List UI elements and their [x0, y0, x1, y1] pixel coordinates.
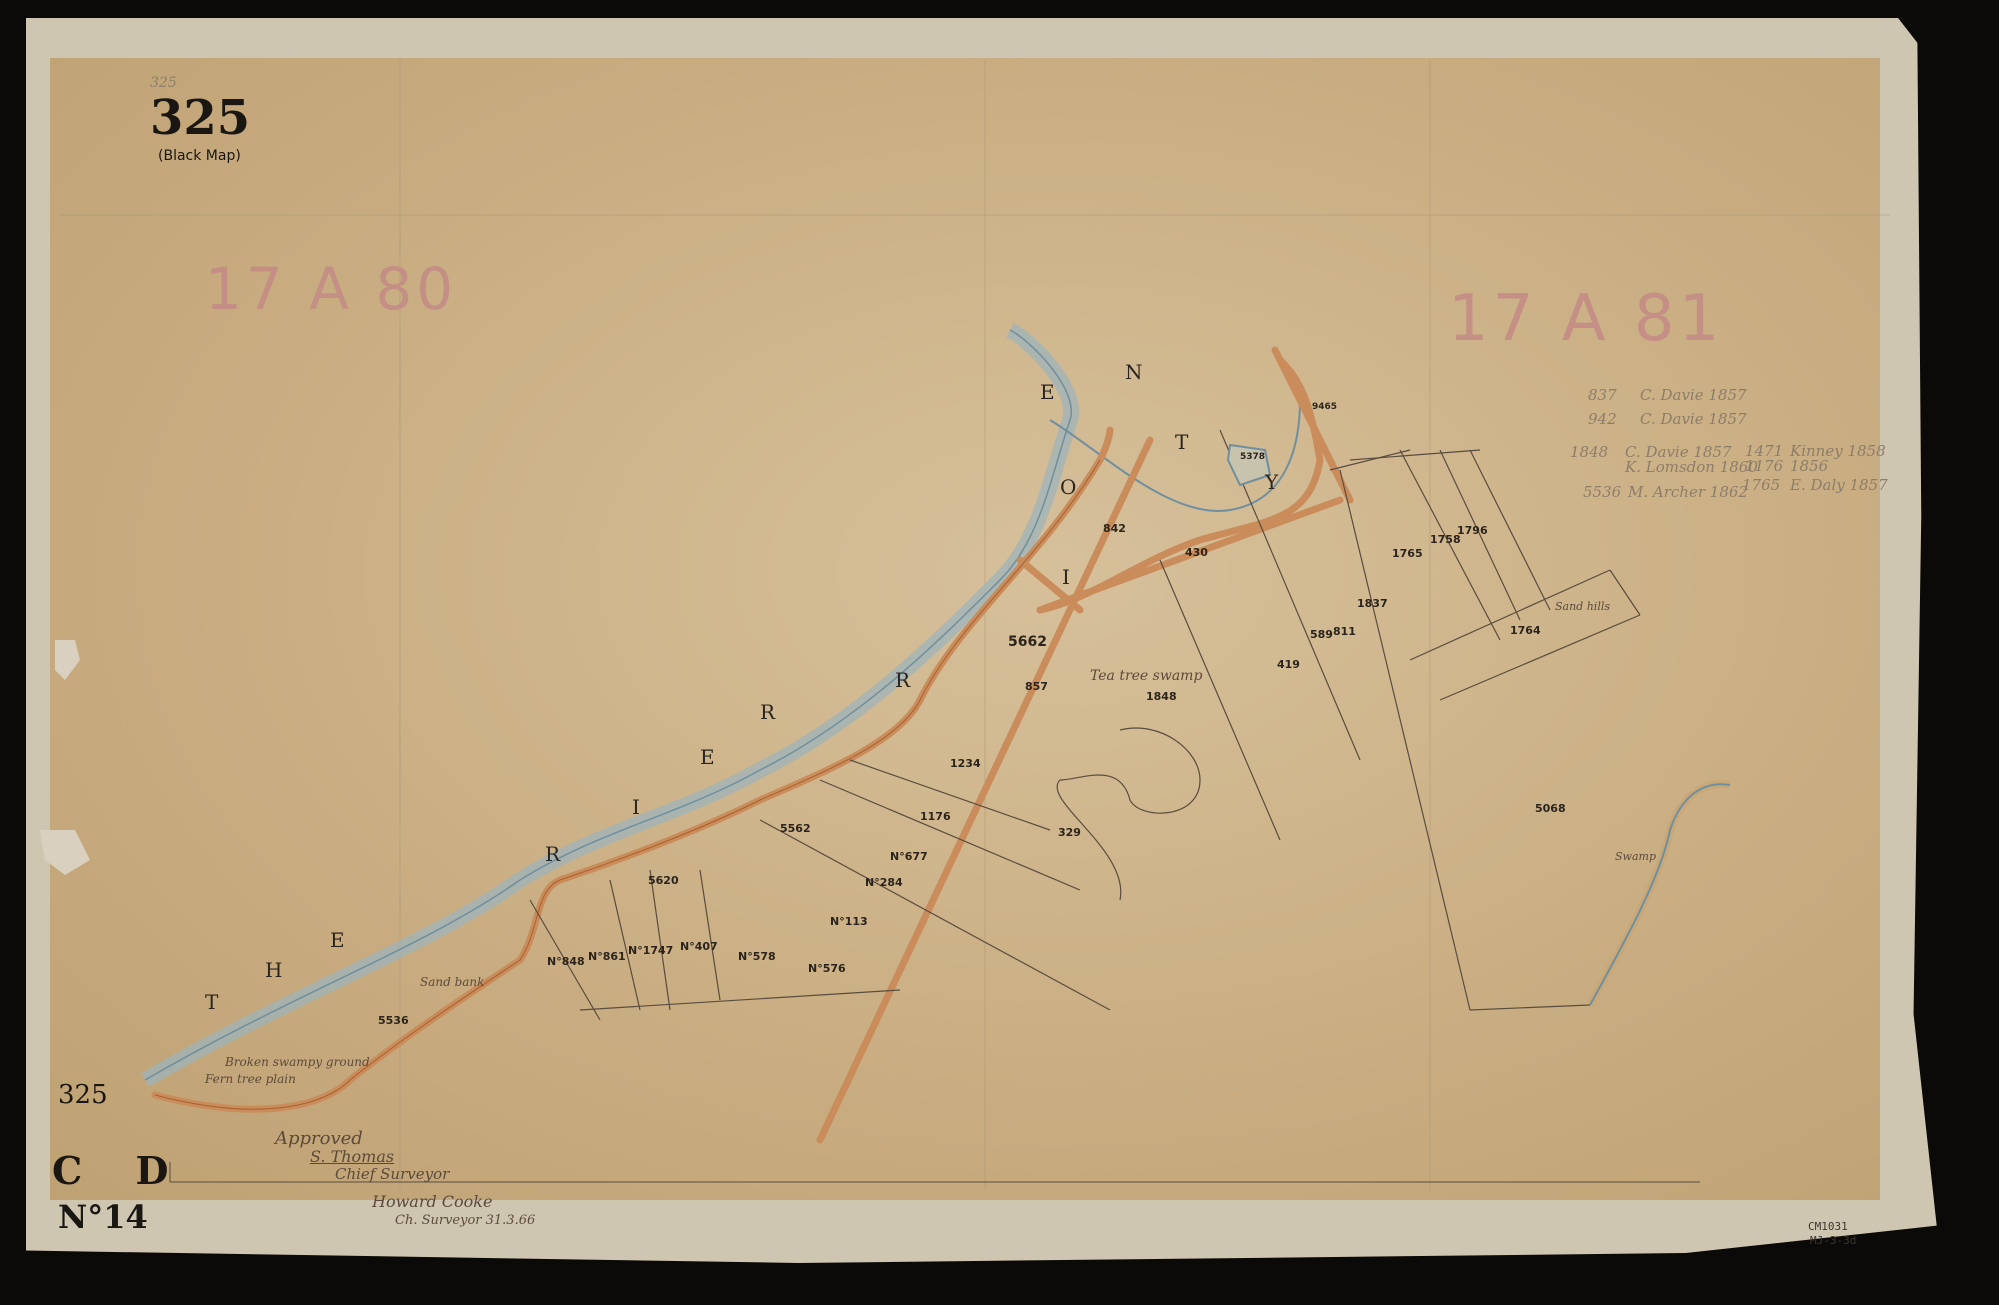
pencil-ref-top-left: 325 [150, 75, 177, 91]
note-owner: K. Lomsdon 1860 [1625, 458, 1758, 476]
lot-811: 811 [1333, 625, 1356, 638]
terrain-tea-tree-swamp: Tea tree swamp [1090, 668, 1202, 684]
approved-signature: S. Thomas [310, 1147, 394, 1166]
second-title: Ch. Surveyor 31.3.66 [395, 1213, 535, 1228]
lot-113: N°113 [830, 915, 868, 928]
lot-1747: N°1747 [628, 944, 673, 957]
lot-1234: 1234 [950, 757, 981, 770]
lot-284: N°284 [865, 876, 903, 889]
note-owner: 1856 [1790, 457, 1828, 475]
lot-407: N°407 [680, 940, 718, 953]
note-owner: C. Davie 1857 [1640, 410, 1747, 428]
note-lot: 942 [1588, 410, 1617, 428]
river-letter: O [1060, 475, 1076, 499]
lot-430: 430 [1185, 546, 1208, 559]
lot-5068: 5068 [1535, 802, 1566, 815]
terrain-sand-bank: Sand bank [420, 975, 484, 989]
river-letter: T [205, 990, 218, 1014]
lot-9465: 9465 [1312, 402, 1337, 412]
lot-576: N°576 [808, 962, 846, 975]
lot-5378: 5378 [1240, 452, 1265, 462]
lot-5536: 5536 [378, 1014, 409, 1027]
river-letter: Y [1265, 470, 1278, 494]
note-owner: M. Archer 1862 [1628, 483, 1748, 501]
archive-ref-2: MJ-3-3d [1810, 1234, 1856, 1247]
sheet-number-small: 325 [58, 1080, 108, 1110]
river [145, 330, 1071, 1080]
note-lot: 5536 [1583, 483, 1621, 501]
note-lot: 1765 [1742, 476, 1780, 494]
river-letter: R [545, 842, 560, 866]
lot-419: 419 [1277, 658, 1300, 671]
approved-label: Approved [275, 1128, 363, 1149]
river-letter: I [632, 795, 640, 819]
lot-1796: 1796 [1457, 524, 1488, 537]
second-signature: Howard Cooke [372, 1192, 492, 1211]
river-letter: R [760, 700, 775, 724]
series-code: C D [52, 1148, 188, 1193]
lot-1837: 1837 [1357, 597, 1388, 610]
grid-ref-west: 17 A 80 [205, 255, 457, 323]
sheet-subtitle: (Black Map) [158, 148, 241, 164]
lot-5562: 5562 [780, 822, 811, 835]
lot-5620: 5620 [648, 874, 679, 887]
lot-329: 329 [1058, 826, 1081, 839]
terrain-fern-tree-plain: Fern tree plain [205, 1072, 296, 1086]
river-letter: E [1040, 380, 1055, 404]
map-linework [0, 0, 1999, 1305]
river-letter: H [265, 958, 282, 982]
river-letter: T [1175, 430, 1188, 454]
approved-title: Chief Surveyor [335, 1165, 449, 1183]
terrain-sand-hills: Sand hills [1555, 600, 1610, 613]
river-letter: E [330, 928, 345, 952]
lot-1764: 1764 [1510, 624, 1541, 637]
note-owner: E. Daly 1857 [1790, 476, 1888, 494]
archive-ref-1: CM1031 [1808, 1220, 1848, 1233]
lot-861: N°861 [588, 950, 626, 963]
sheet-number: 325 [150, 90, 250, 146]
note-lot: 837 [1588, 386, 1617, 404]
note-lot: 1176 [1745, 457, 1783, 475]
lot-1176: 1176 [920, 810, 951, 823]
lot-842: 842 [1103, 522, 1126, 535]
series-number: N°14 [58, 1198, 148, 1236]
grid-ref-east: 17 A 81 [1448, 282, 1723, 356]
lot-5662: 5662 [1008, 634, 1047, 650]
lot-677: N°677 [890, 850, 928, 863]
river-letter: N [1125, 360, 1143, 384]
note-lot: 1848 [1570, 443, 1608, 461]
terrain-broken-swampy-ground: Broken swampy ground [225, 1055, 370, 1069]
lot-1848: 1848 [1146, 690, 1177, 703]
lot-578: N°578 [738, 950, 776, 963]
river-letter: I [1062, 565, 1070, 589]
river-letter: E [700, 745, 715, 769]
lot-857: 857 [1025, 680, 1048, 693]
lot-1765: 1765 [1392, 547, 1423, 560]
lot-848: N°848 [547, 955, 585, 968]
river-letter: R [895, 668, 910, 692]
lot-589: 589 [1310, 628, 1333, 641]
terrain-swamp: Swamp [1615, 850, 1656, 863]
note-owner: C. Davie 1857 [1640, 386, 1747, 404]
